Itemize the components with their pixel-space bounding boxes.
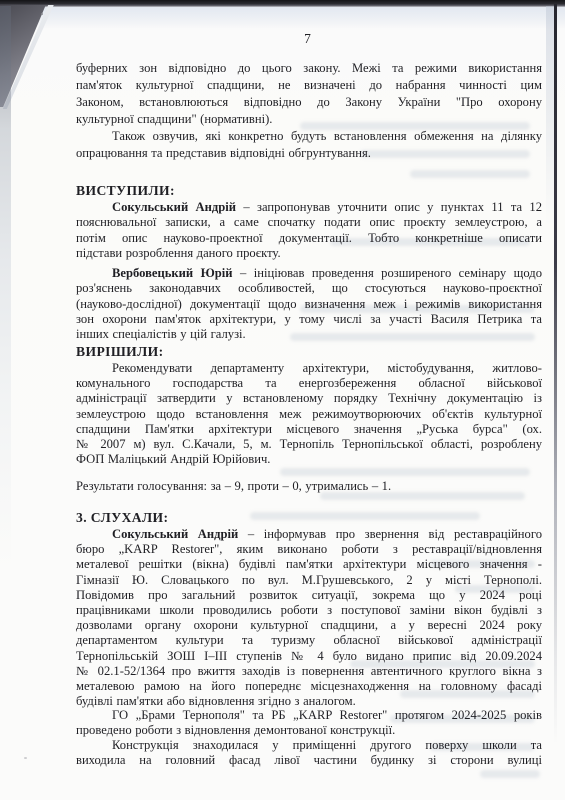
text-line: працівниками школи проводились роботи з … (76, 603, 542, 618)
speaker-name: Сокульський Андрій (112, 527, 238, 541)
scan-speck (24, 757, 27, 759)
text-line: зон охорони пам'яток архітектури, у тому… (76, 312, 542, 327)
text-line: комунального господарства та енергозбере… (76, 376, 542, 391)
text-line: пам'яток культурної спадщини, не визначе… (76, 77, 542, 94)
section-heading-slukhaly: 3. СЛУХАЛИ: (76, 510, 542, 526)
text-line: пояснювальної записки, а саме спочатку п… (76, 215, 542, 230)
paragraph-verbovetskyi-initiative: Вербовецький Юрій – ініціював проведення… (76, 266, 542, 342)
page-number: 7 (75, 31, 541, 47)
scan-top-shading (0, 7, 565, 29)
text-line: культурної спадщини" (нормативні). (76, 111, 542, 128)
text-line: металевою рамою на його попереднє місцез… (76, 679, 542, 694)
text-line: Гімназії Ю. Словацького по вул. М.Грушев… (76, 573, 542, 588)
bleed-through-artifact (280, 468, 530, 476)
text-line: виходила на головний фасад лівої частини… (76, 753, 542, 768)
text-line: № 02.1-52/1364 про вжиття заходів із пов… (76, 664, 542, 679)
text-line: металевої решітки (вікна) будівлі пам'ят… (76, 557, 542, 572)
scan-speck (41, 13, 43, 15)
text-line: буферних зон відповідно до цього закону.… (76, 60, 542, 77)
text-line: адміністрації затвердити у встановленому… (76, 391, 542, 406)
paragraph-buffer-zones: буферних зон відповідно до цього закону.… (76, 60, 542, 162)
text-line: Рекомендувати департаменту архітектури, … (76, 361, 542, 376)
scan-right-edge-shading (546, 6, 554, 226)
text-line: № 2007 м) вул. С.Качали, 5, м. Тернопіль… (76, 437, 542, 452)
scanned-document-page: 7 буферних зон відповідно до цього закон… (0, 0, 565, 800)
scan-left-edge-shadow (0, 6, 11, 566)
speech-text: – інформував про звернення від реставрац… (238, 527, 542, 541)
speech-text: – ініціював проведення розширеного семін… (233, 266, 542, 280)
text-line: Сокульський Андрій – інформував про звер… (76, 527, 542, 542)
speaker-name: Сокульський Андрій (112, 200, 236, 214)
text-line: проведено роботи з відновлення демонтова… (76, 723, 542, 738)
paragraph-decision: Рекомендувати департаменту архітектури, … (76, 361, 542, 467)
text-line: департаментом культури та туризму обласн… (76, 633, 542, 648)
text-line: Тернопільській ЗОШ І–ІІІ ступенів № 4 бу… (76, 649, 542, 664)
scan-top-edge-artifact (0, 0, 565, 7)
text-line: ФОП Маліцький Андрій Юрійович. (76, 452, 542, 467)
text-line: Сокульський Андрій – запропонував уточни… (76, 200, 542, 215)
paragraph-sokulskyi-proposal: Сокульський Андрій – запропонував уточни… (76, 200, 542, 261)
text-line: інших спеціалістів у цій галузі. (76, 327, 542, 342)
section-heading-vyrishyly: ВИРІШИЛИ: (76, 344, 542, 360)
text-line: Конструкція знаходилася у приміщенні дру… (76, 738, 542, 753)
vote-results-line: Результати голосування: за – 9, проти – … (76, 479, 542, 494)
bleed-through-artifact (410, 170, 530, 178)
text-line: спадщини Пам'ятки архітектури місцевого … (76, 422, 542, 437)
text-line: ГО „Брами Тернополя" та РБ „KARP Restore… (76, 708, 542, 723)
text-line: опрацювання та представив відповідні обг… (76, 145, 542, 162)
speech-text: – запропонував уточнити опис у пунктах 1… (236, 200, 542, 214)
text-line: Повідомив про загальний розвиток ситуаці… (76, 588, 542, 603)
text-line: дозволами органу охорони культурної спад… (76, 618, 542, 633)
text-line: Вербовецький Юрій – ініціював проведення… (76, 266, 542, 281)
section-heading-vystupyly: ВИСТУПИЛИ: (76, 183, 542, 199)
speaker-name: Вербовецький Юрій (112, 266, 233, 280)
scan-right-edge-line (554, 4, 557, 744)
paragraph-sokulskyi-report: Сокульський Андрій – інформував про звер… (76, 527, 542, 709)
text-line: підстави розроблення даного проєкту. (76, 246, 542, 261)
text-line: землеустрою щодо встановлення меж режимо… (76, 407, 542, 422)
text-line: (науково-дослідної) документації щодо ви… (76, 297, 542, 312)
bleed-through-artifact (480, 770, 540, 778)
text-line: бюро „KARP Restorer", яким виконано робо… (76, 542, 542, 557)
text-line: роз'яснень законодавчих особливостей, що… (76, 281, 542, 296)
text-line: потім опис науково-проектної документаці… (76, 231, 542, 246)
paragraph-vote-results: Результати голосування: за – 9, проти – … (76, 479, 542, 494)
paragraph-construction-location: Конструкція знаходилася у приміщенні дру… (76, 738, 542, 768)
text-line: Також озвучив, які конкретно будуть вста… (76, 128, 542, 145)
paragraph-restoration-works: ГО „Брами Тернополя" та РБ „KARP Restore… (76, 708, 542, 738)
text-line: Законом, встановлюються відповідно до За… (76, 94, 542, 111)
